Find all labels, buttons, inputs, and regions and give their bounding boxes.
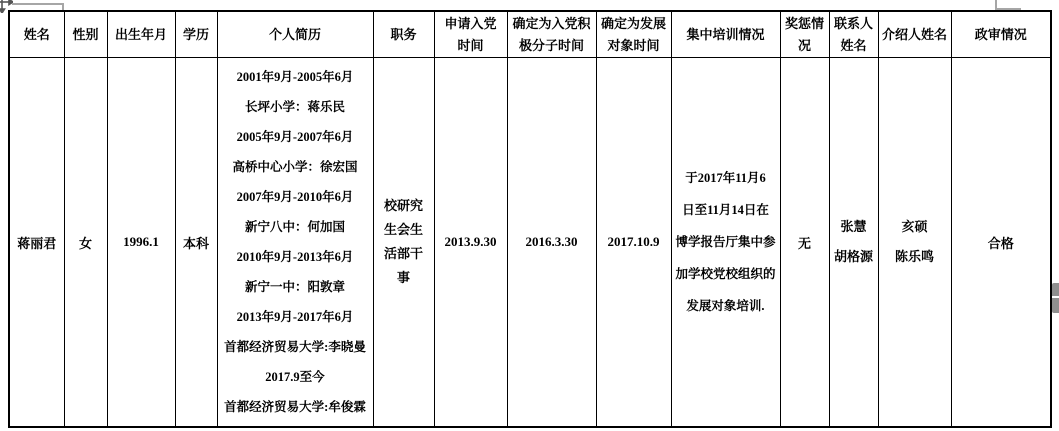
data-row: 蒋丽君 女 1996.1 本科 2001年9月-2005年6月长坪小学：蒋乐民2… [9,58,1051,428]
ruler-mark-left [12,3,64,5]
header-cell-reward[interactable]: 奖惩情况 [780,11,829,58]
header-label: 联系人姓名 [832,13,876,57]
cell-resume[interactable]: 2001年9月-2005年6月长坪小学：蒋乐民2005年9月-2007年6月高桥… [217,58,373,428]
vertical-scrollbar-thumb[interactable] [1052,283,1059,313]
header-cell-birth[interactable]: 出生年月 [107,11,175,58]
header-cell-contact[interactable]: 联系人姓名 [829,11,878,58]
reward-value: 无 [798,236,811,251]
birth-value: 1996.1 [123,234,159,249]
header-cell-training[interactable]: 集中培训情况 [671,11,780,58]
cell-review[interactable]: 合格 [951,58,1051,428]
header-cell-apply-time[interactable]: 申请入党时间 [434,11,507,58]
position-text: 校研究生会生活部干事 [376,194,432,290]
cell-birth[interactable]: 1996.1 [107,58,175,428]
cell-training[interactable]: 于2017年11月6日至11月14日在博学报告厅集中参加学校党校组织的发展对象培… [671,58,780,428]
header-cell-review[interactable]: 政审情况 [951,11,1051,58]
header-cell-position[interactable]: 职务 [373,11,434,58]
header-label: 职务 [376,24,432,46]
header-label: 确定为入党积极分子时间 [510,13,594,57]
document-page: 姓名 性别 出生年月 学历 个人简历 职务 申请入党时间 确定为入党积极分子时间… [0,0,1059,431]
header-cell-target-time[interactable]: 确定为发展对象时间 [596,11,671,58]
gender-value: 女 [79,236,92,251]
cell-name[interactable]: 蒋丽君 [9,58,64,428]
header-label: 出生年月 [110,24,173,46]
header-cell-introducer[interactable]: 介绍人姓名 [878,11,951,58]
header-label: 集中培训情况 [674,24,778,46]
cell-apply-time[interactable]: 2013.9.30 [434,58,507,428]
header-cell-name[interactable]: 姓名 [9,11,64,58]
cell-gender[interactable]: 女 [64,58,107,428]
header-label: 姓名 [12,24,62,46]
party-development-table: 姓名 性别 出生年月 学历 个人简历 职务 申请入党时间 确定为入党积极分子时间… [8,10,1052,428]
name-value: 蒋丽君 [17,236,56,251]
header-cell-resume[interactable]: 个人简历 [217,11,373,58]
resume-text: 2001年9月-2005年6月长坪小学：蒋乐民2005年9月-2007年6月高桥… [220,62,371,422]
header-label: 申请入党时间 [437,13,505,57]
introducer-names: 亥硕陈乐鸣 [881,212,949,272]
cell-position[interactable]: 校研究生会生活部干事 [373,58,434,428]
header-label: 个人简历 [220,24,371,46]
header-label: 学历 [178,24,215,46]
header-cell-education[interactable]: 学历 [175,11,217,58]
cell-reward[interactable]: 无 [780,58,829,428]
header-label: 介绍人姓名 [881,24,949,46]
target-time-value: 2017.10.9 [608,234,660,249]
cell-activist-time[interactable]: 2016.3.30 [507,58,596,428]
activist-time-value: 2016.3.30 [526,234,578,249]
education-value: 本科 [183,236,209,251]
header-label: 政审情况 [954,24,1049,46]
cell-contact[interactable]: 张慧胡格源 [829,58,878,428]
header-label: 性别 [67,24,105,46]
review-value: 合格 [988,236,1014,251]
apply-time-value: 2013.9.30 [445,234,497,249]
header-row: 姓名 性别 出生年月 学历 个人简历 职务 申请入党时间 确定为入党积极分子时间… [9,11,1051,58]
header-label: 奖惩情况 [783,13,827,57]
header-label: 确定为发展对象时间 [599,13,669,57]
scrollbar-thumb-gap [1052,296,1059,298]
training-text: 于2017年11月6日至11月14日在博学报告厅集中参加学校党校组织的发展对象培… [674,162,778,322]
header-cell-gender[interactable]: 性别 [64,11,107,58]
cell-education[interactable]: 本科 [175,58,217,428]
cell-introducer[interactable]: 亥硕陈乐鸣 [878,58,951,428]
contact-names: 张慧胡格源 [832,212,876,272]
header-cell-activist-time[interactable]: 确定为入党积极分子时间 [507,11,596,58]
cell-target-time[interactable]: 2017.10.9 [596,58,671,428]
